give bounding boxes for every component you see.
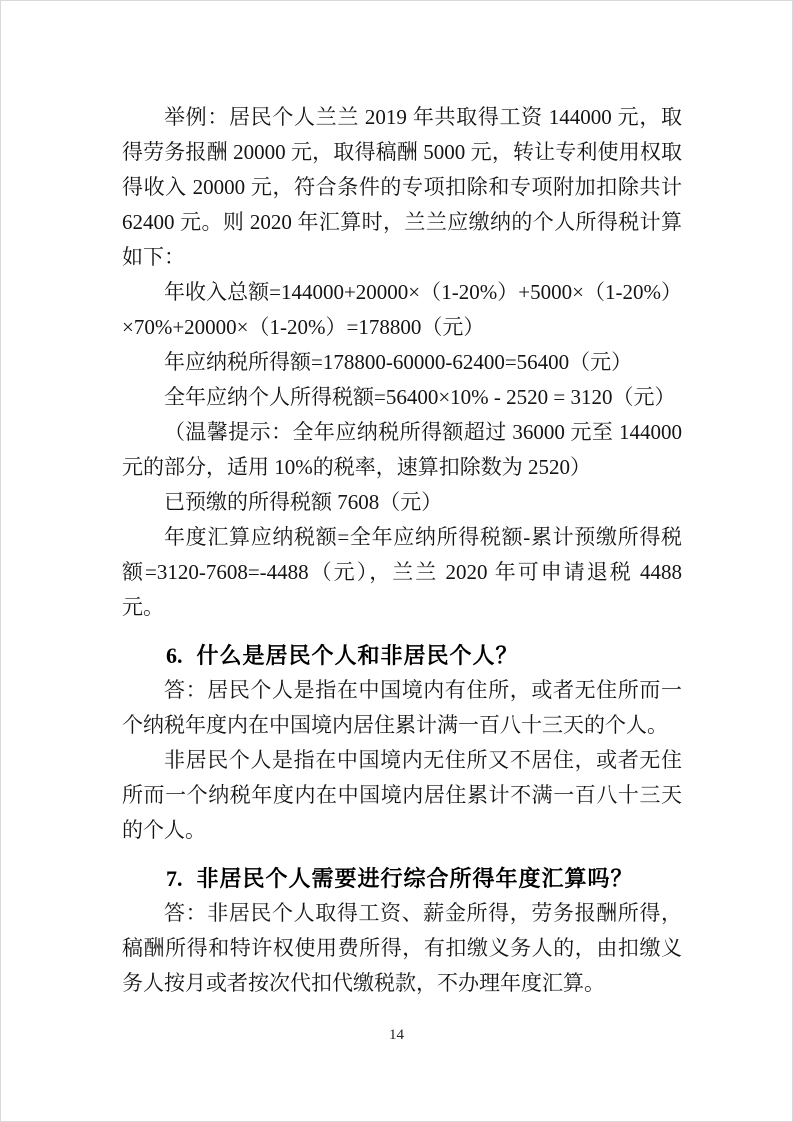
answer-6-resident: 答：居民个人是指在中国境内有住所，或者无住所而一个纳税年度内在中国境内居住累计满… xyxy=(122,673,682,743)
formula-tax-amount: 全年应纳个人所得税额=56400×10% - 2520 = 3120（元） xyxy=(122,380,682,415)
question-7-heading: 7.非居民个人需要进行综合所得年度汇算吗？ xyxy=(122,861,682,896)
paragraph-annual-settlement: 年度汇算应纳税额=全年应纳所得税额-累计预缴所得税额=3120-7608=-44… xyxy=(122,520,682,625)
question-6-number: 6. xyxy=(166,643,183,668)
question-6-title: 什么是居民个人和非居民个人？ xyxy=(197,643,519,668)
page-footer: 14 xyxy=(1,1024,792,1046)
paragraph-example: 举例：居民个人兰兰 2019 年共取得工资 144000 元，取得劳务报酬 20… xyxy=(122,100,682,275)
page-number: 14 xyxy=(389,1027,404,1043)
page-content: 举例：居民个人兰兰 2019 年共取得工资 144000 元，取得劳务报酬 20… xyxy=(122,100,682,1001)
formula-taxable-income: 年应纳税所得额=178800-60000-62400=56400（元） xyxy=(122,345,682,380)
question-7-title: 非居民个人需要进行综合所得年度汇算吗？ xyxy=(197,866,634,891)
question-7-number: 7. xyxy=(166,866,183,891)
paragraph-tip: （温馨提示：全年应纳税所得额超过 36000 元至 144000 元的部分，适用… xyxy=(122,415,682,485)
answer-7: 答：非居民个人取得工资、薪金所得，劳务报酬所得，稿酬所得和特许权使用费所得，有扣… xyxy=(122,896,682,1001)
question-6-heading: 6.什么是居民个人和非居民个人？ xyxy=(122,638,682,673)
formula-total-income: 年收入总额=144000+20000×（1-20%）+5000×（1-20%）×… xyxy=(122,275,682,345)
document-page: 举例：居民个人兰兰 2019 年共取得工资 144000 元，取得劳务报酬 20… xyxy=(0,0,793,1122)
paragraph-prepaid-tax: 已预缴的所得税额 7608（元） xyxy=(122,485,682,520)
answer-6-nonresident: 非居民个人是指在中国境内无住所又不居住，或者无住所而一个纳税年度内在中国境内居住… xyxy=(122,743,682,848)
